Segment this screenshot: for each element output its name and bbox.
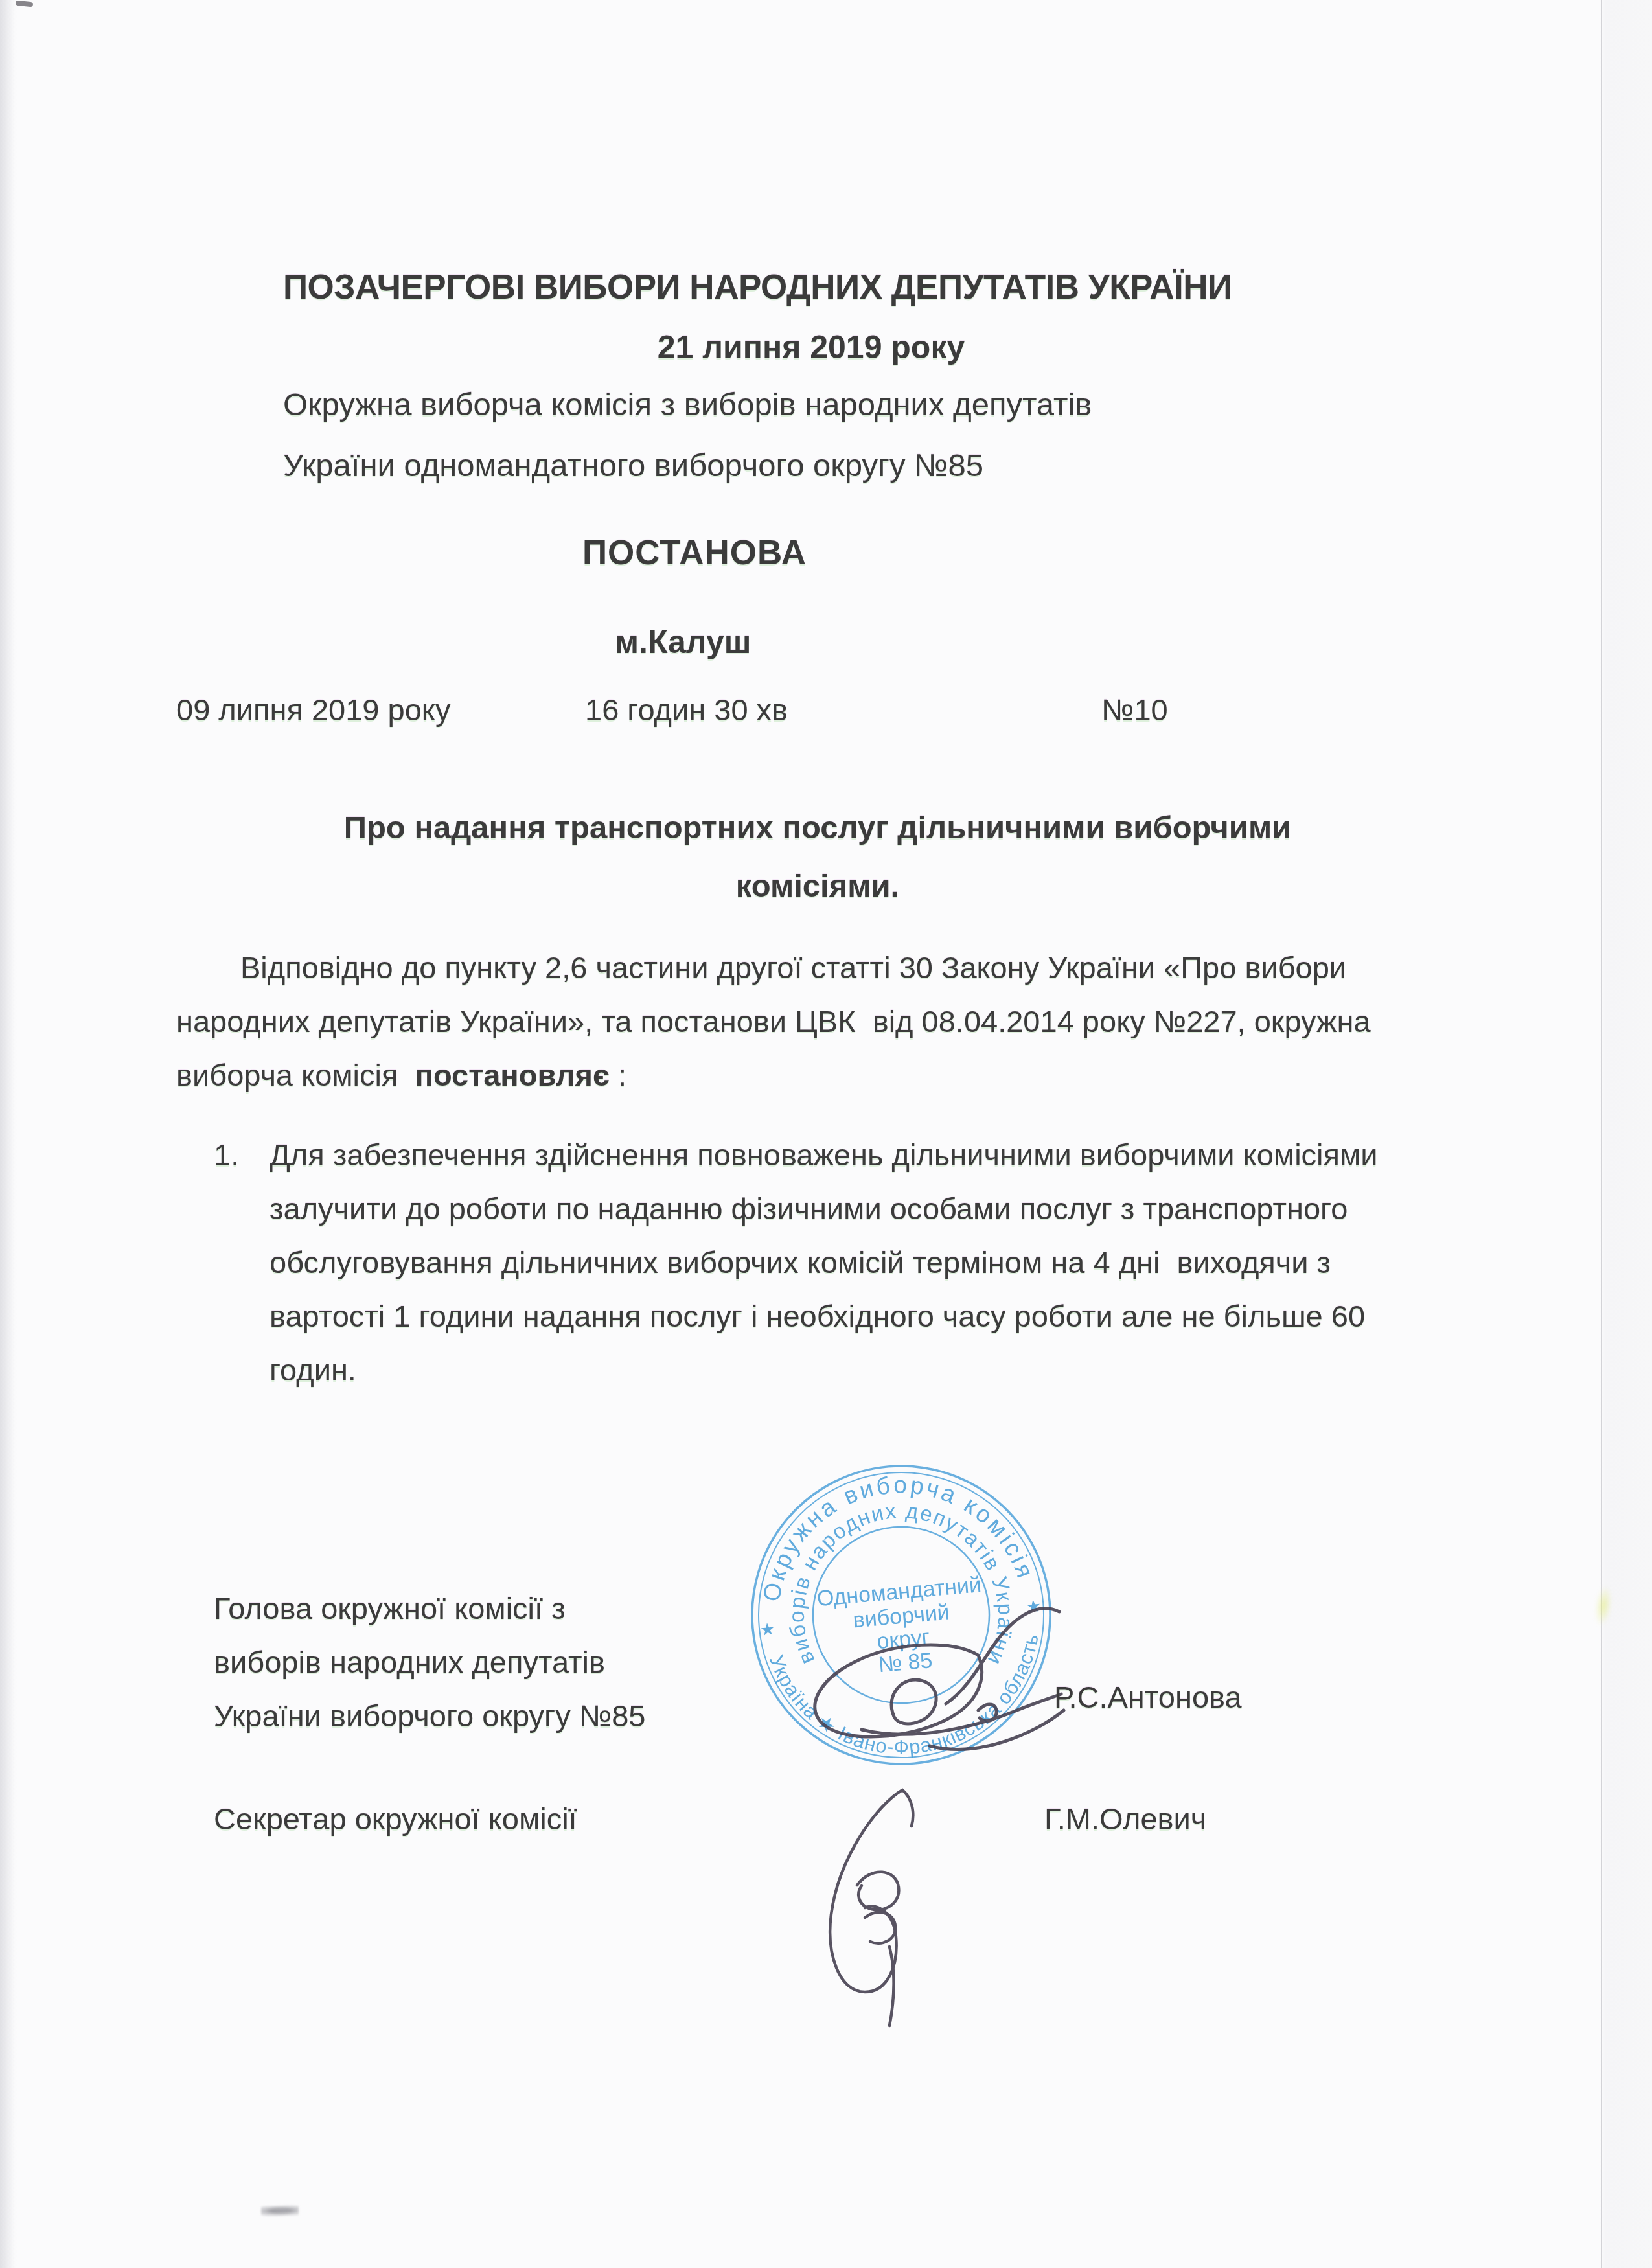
- secretary-role: Секретар окружної комісії: [214, 1801, 577, 1837]
- secretary-signature: [800, 1778, 943, 2031]
- head-name: Р.С.Антонова: [1054, 1679, 1242, 1715]
- subject-line2: комісіями.: [176, 857, 1459, 915]
- list-item-number: 1.: [214, 1128, 270, 1182]
- head-role-block: Голова окружної комісії з виборів народн…: [214, 1581, 645, 1743]
- scanned-document-page: ПОЗАЧЕРГОВІ ВИБОРИ НАРОДНИХ ДЕПУТАТІВ УК…: [0, 0, 1652, 2268]
- head-signature: [764, 1594, 1069, 1781]
- document-number: №10: [1101, 692, 1168, 727]
- scan-edge-shade: [0, 0, 14, 2268]
- election-date: 21 липня 2019 року: [283, 328, 1339, 366]
- document-title: ПОЗАЧЕРГОВІ ВИБОРИ НАРОДНИХ ДЕПУТАТІВ УК…: [283, 268, 1339, 307]
- head-role-line2: виборів народних депутатів: [214, 1635, 645, 1689]
- subject-line1: Про надання транспортних послуг дільничн…: [176, 799, 1459, 857]
- secretary-name: Г.М.Олевич: [1044, 1801, 1206, 1837]
- document-time: 16 годин 30 хв: [585, 692, 788, 727]
- preamble-paragraph: Відповідно до пункту 2,6 частини другої …: [176, 941, 1410, 1102]
- scan-smudge: [261, 2205, 299, 2217]
- head-role-line3: України виборчого округу №85: [214, 1689, 645, 1743]
- commission-name-line1: Окружна виборча комісія з виборів народн…: [283, 387, 1092, 423]
- scan-corner-mark: [16, 1, 34, 8]
- preamble-keyword: постановляє: [415, 1058, 610, 1092]
- commission-name-line2: України одномандатного виборчого округу …: [283, 448, 983, 484]
- scan-color-streak: [1593, 1585, 1614, 1627]
- list-item: 1. Для забезпечення здійснення повноваже…: [214, 1128, 1425, 1397]
- scan-paper-edge: [1601, 0, 1602, 2268]
- resolution-list: 1. Для забезпечення здійснення повноваже…: [214, 1128, 1425, 1397]
- preamble-text-start: Відповідно до пункту 2,6 частини другої …: [176, 950, 1379, 1092]
- city-name: м.Калуш: [615, 623, 751, 661]
- list-item-text: Для забезпечення здійснення повноважень …: [270, 1128, 1425, 1397]
- subject-heading: Про надання транспортних послуг дільничн…: [176, 799, 1459, 915]
- head-role-line1: Голова окружної комісії з: [214, 1581, 645, 1635]
- document-type: ПОСТАНОВА: [582, 533, 807, 573]
- document-date: 09 липня 2019 року: [176, 692, 450, 727]
- preamble-text-end: :: [610, 1058, 626, 1092]
